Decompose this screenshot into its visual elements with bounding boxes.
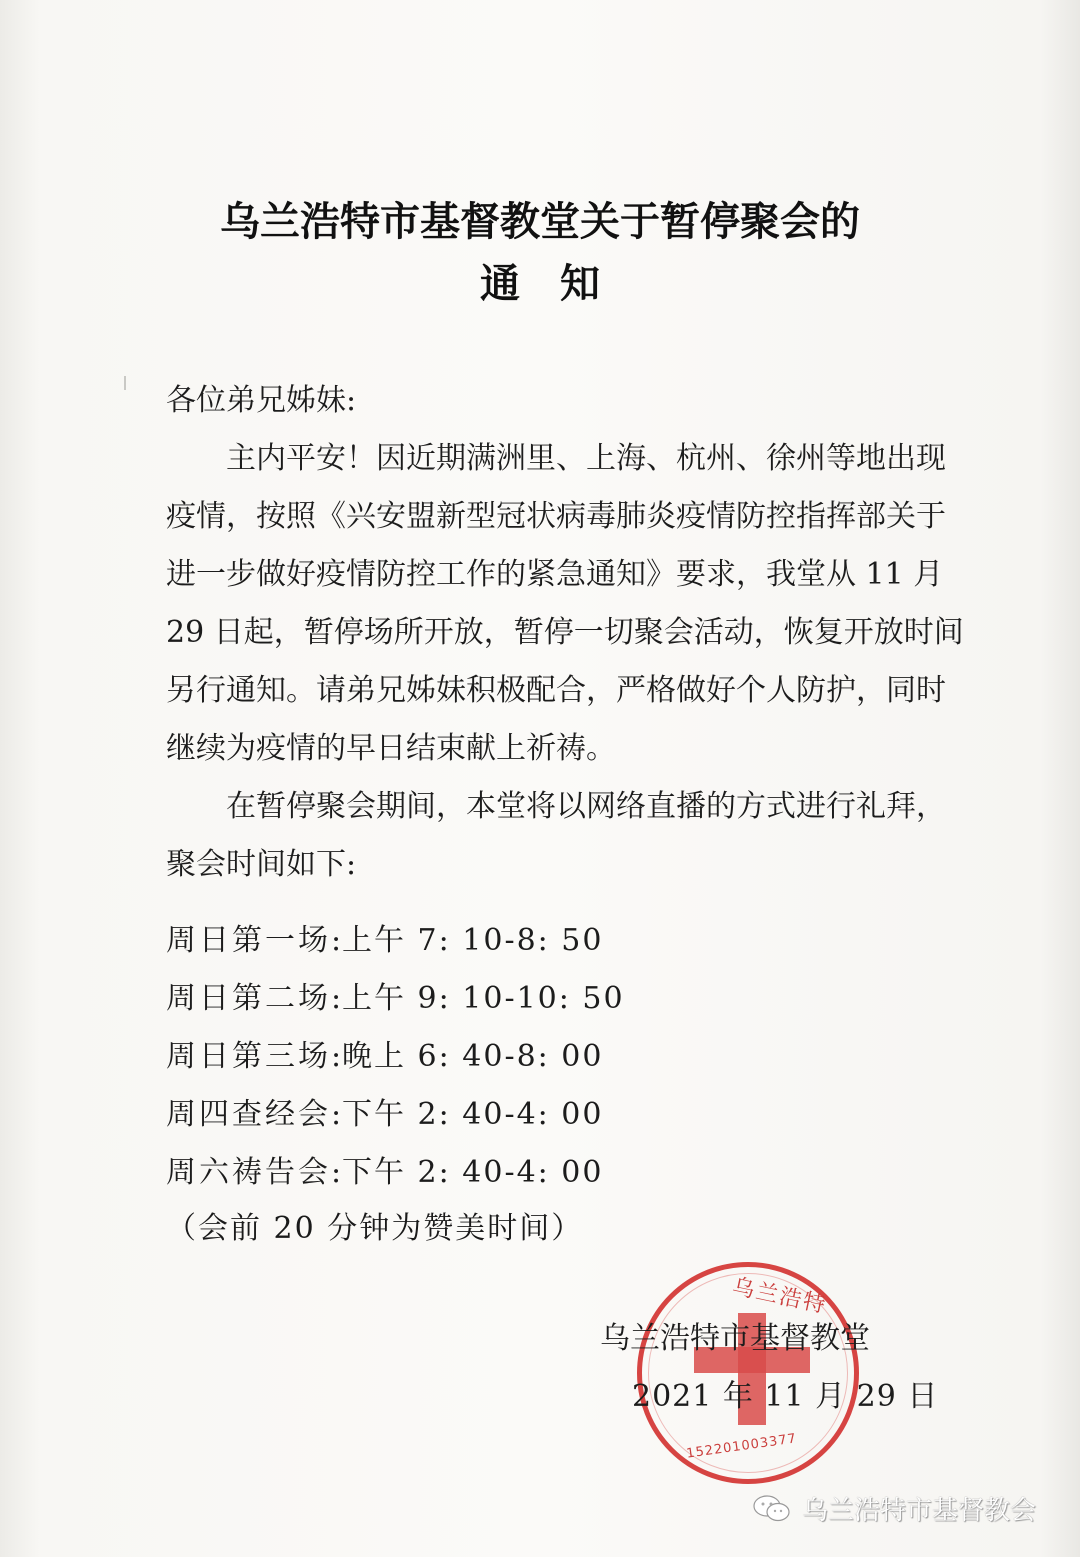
praise-time-note: （会前 20 分钟为赞美时间） [166, 1200, 583, 1258]
schedule-time: 下午 2: 40-4: 00 [342, 1144, 603, 1202]
schedule-label: 周四查经会: [166, 1086, 342, 1144]
scanned-document-page: 乌兰浩特市基督教堂关于暂停聚会的 通知 各位弟兄姊妹: 主内平安！因近期满洲里、… [0, 0, 1080, 1557]
schedule-row: 周四查经会: 下午 2: 40-4: 00 [166, 1086, 625, 1144]
schedule-row: 周六祷告会: 下午 2: 40-4: 00 [166, 1144, 625, 1202]
scan-mark [124, 376, 126, 390]
schedule-time: 下午 2: 40-4: 00 [342, 1086, 603, 1144]
schedule-label: 周六祷告会: [166, 1144, 342, 1202]
paragraph-1-line: 继续为疫情的早日结束献上祈祷。 [166, 720, 926, 778]
signature-block: 乌兰浩特市基督教堂 2021 年 11 月 29 日 [600, 1310, 938, 1426]
document-body: 各位弟兄姊妹: 主内平安！因近期满洲里、上海、杭州、徐州等地出现 疫情，按照《兴… [166, 372, 926, 894]
paragraph-1-line: 疫情，按照《兴安盟新型冠状病毒肺炎疫情防控指挥部关于 [166, 488, 926, 546]
schedule-label: 周日第一场: [166, 912, 342, 970]
schedule-row: 周日第一场: 上午 7: 10-8: 50 [166, 912, 625, 970]
schedule-time: 晚上 6: 40-8: 00 [342, 1028, 603, 1086]
paragraph-1-line: 29 日起，暂停场所开放，暂停一切聚会活动，恢复开放时间 [166, 604, 926, 662]
signature-organization: 乌兰浩特市基督教堂 [600, 1310, 938, 1368]
schedule-label: 周日第二场: [166, 970, 342, 1028]
schedule-label: 周日第三场: [166, 1028, 342, 1086]
wechat-account-name: 乌兰浩特市基督教会 [802, 1490, 1036, 1527]
salutation: 各位弟兄姊妹: [166, 372, 926, 430]
paragraph-2-line: 聚会时间如下: [166, 836, 926, 894]
paragraph-1-line: 进一步做好疫情防控工作的紧急通知》要求，我堂从 11 月 [166, 546, 926, 604]
document-title: 乌兰浩特市基督教堂关于暂停聚会的 [0, 190, 1080, 247]
wechat-watermark: 乌兰浩特市基督教会 [752, 1490, 1036, 1527]
schedule-time: 上午 7: 10-8: 50 [342, 912, 603, 970]
paragraph-2-line: 在暂停聚会期间，本堂将以网络直播的方式进行礼拜， [166, 778, 926, 836]
paragraph-1-line: 另行通知。请弟兄姊妹积极配合，严格做好个人防护，同时 [166, 662, 926, 720]
signature-date: 2021 年 11 月 29 日 [600, 1368, 938, 1426]
schedule-row: 周日第二场: 上午 9: 10-10: 50 [166, 970, 625, 1028]
meeting-schedule: 周日第一场: 上午 7: 10-8: 50 周日第二场: 上午 9: 10-10… [166, 912, 625, 1202]
document-title-notice: 通知 [0, 252, 1080, 309]
schedule-time: 上午 9: 10-10: 50 [342, 970, 625, 1028]
wechat-icon [752, 1493, 792, 1525]
paragraph-1-line: 主内平安！因近期满洲里、上海、杭州、徐州等地出现 [166, 430, 926, 488]
schedule-row: 周日第三场: 晚上 6: 40-8: 00 [166, 1028, 625, 1086]
